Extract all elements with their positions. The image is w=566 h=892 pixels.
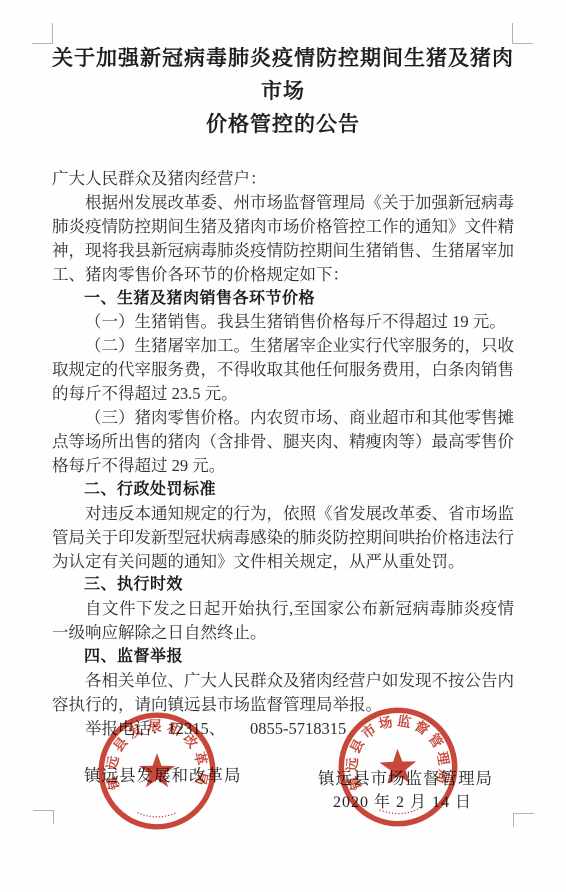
svg-text:•••••••••••••: ••••••••••••• [378,806,422,818]
seal-star-icon [139,753,175,787]
margin-crop-mark-top-right [512,23,533,44]
section-3-paragraph-1: 自文件下发之日起开始执行,至国家公布新冠病毒肺炎疫情一级响应解除之日自然终止。 [52,597,514,645]
margin-crop-mark-bottom-right [513,813,534,827]
notice-title-line-2: 价格管控的公告 [52,108,514,141]
section-2-heading: 二、行政处罚标准 [52,478,514,502]
section-1-heading: 一、生猪及猪肉销售各环节价格 [52,287,514,311]
section-3-heading: 三、执行时效 [52,573,514,597]
intro-paragraph: 根据州发展改革委、州市场监督管理局《关于加强新冠病毒肺炎疫情防控期间生猪及猪肉市… [52,191,514,287]
section-1-paragraph-3: （三）猪肉零售价格。内农贸市场、商业超市和其他零售摊点等场所出售的猪肉（含排骨、… [52,406,514,478]
seal-code-marks: ••••••••••••• [136,810,179,820]
official-seal-market-supervision-bureau: 镇远县市场监督管理局 ••••••••••••• [332,701,464,833]
svg-text:•••••••••••••: ••••••••••••• [136,810,179,820]
notice-title-line-1: 关于加强新冠病毒肺炎疫情防控期间生猪及猪肉市场 [52,42,514,108]
section-1-paragraph-1: （一）生猪销售。我县生猪销售价格每斤不得超过 19 元。 [52,310,514,334]
section-4-heading: 四、监督举报 [52,645,514,669]
seal-star-icon [379,748,417,784]
section-1-paragraph-2: （二）生猪屠宰加工。生猪屠宰企业实行代宰服务的，只收取规定的代宰服务费，不得收取… [52,334,514,406]
official-seal-development-reform-bureau: 镇远县发展和改革局 ••••••••••••• [94,708,220,834]
margin-crop-mark-bottom-left [33,810,54,824]
section-2-paragraph-1: 对违反本通知规定的行为，依照《省发展改革委、省市场监管局关于印发新型冠状病毒感染… [52,502,514,574]
seal-code-marks: ••••••••••••• [378,806,422,818]
notice-title: 关于加强新冠病毒肺炎疫情防控期间生猪及猪肉市场 价格管控的公告 [52,42,514,141]
salutation: 广大人民群众及猪肉经营户： [52,167,514,191]
scanned-notice-page: 关于加强新冠病毒肺炎疫情防控期间生猪及猪肉市场 价格管控的公告 广大人民群众及猪… [0,0,566,892]
notice-body: 关于加强新冠病毒肺炎疫情防控期间生猪及猪肉市场 价格管控的公告 广大人民群众及猪… [52,42,514,741]
margin-crop-mark-top-left [32,23,53,44]
